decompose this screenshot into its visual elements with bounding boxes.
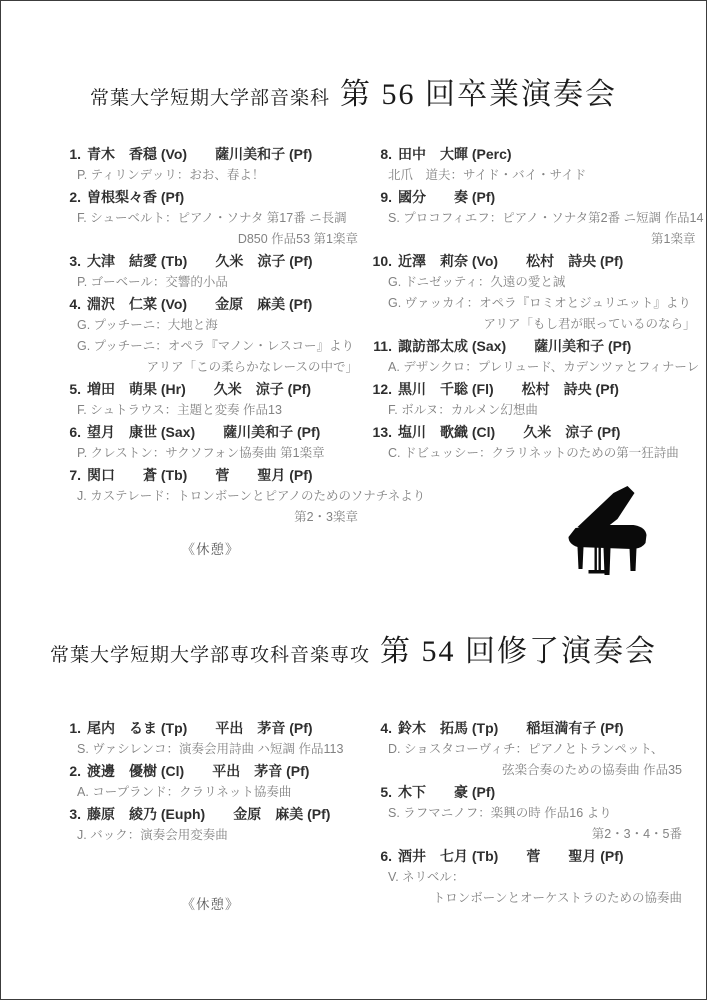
piece-line: 第2・3・4・5番 [366, 824, 690, 845]
program-item: 10.近澤 莉奈 (Vo) 松村 詩央 (Pf)G. ドニゼッティ：久遠の愛と誠… [366, 250, 703, 335]
performer-names: 黒川 千聡 (Fl) 松村 詩央 (Pf) [398, 381, 619, 397]
concert1-title-prefix: 常葉大学短期大学部音楽科 [90, 83, 330, 110]
item-number: 6. [55, 421, 81, 443]
piece-line: V. ネリベル： [366, 867, 690, 888]
item-number: 3. [55, 803, 81, 825]
performer-names: 渡邊 優樹 (Cl) 平出 茅音 (Pf) [87, 763, 309, 779]
performer-names: 関口 蒼 (Tb) 菅 聖月 (Pf) [87, 467, 313, 483]
performer-names: 田中 大暉 (Perc) [398, 146, 512, 162]
item-number: 12. [366, 378, 392, 400]
performer-line: 3.大津 結愛 (Tb) 久米 涼子 (Pf) [55, 250, 366, 272]
performer-names: 塩川 歌織 (Cl) 久米 涼子 (Pf) [398, 424, 620, 440]
program-item: 8.田中 大暉 (Perc)北爪 道夫：サイド・バイ・サイド [366, 143, 703, 186]
piece-line: 第2・3楽章 [55, 507, 366, 528]
concert2-left-column: 1.尾内 るま (Tp) 平出 茅音 (Pf)S. ヴァシレンコ：演奏会用詩曲 … [55, 717, 366, 909]
performer-names: 増田 萌果 (Hr) 久米 涼子 (Pf) [87, 381, 311, 397]
performer-line: 4.鈴木 拓馬 (Tp) 稲垣満有子 (Pf) [366, 717, 690, 739]
piece-line: P. ゴーベール：交響的小品 [55, 272, 366, 293]
concert1-program-list: 1.青木 香穏 (Vo) 薩川美和子 (Pf)P. ティリンデッリ：おお、春よ！… [55, 143, 690, 528]
item-number: 2. [55, 186, 81, 208]
performer-line: 8.田中 大暉 (Perc) [366, 143, 703, 165]
program-item: 6.酒井 七月 (Tb) 菅 聖月 (Pf)V. ネリベル：トロンボーンとオーケ… [366, 845, 690, 909]
piece-line: G. ドニゼッティ：久遠の愛と誠 [366, 272, 703, 293]
item-number: 1. [55, 717, 81, 739]
program-item: 3.大津 結愛 (Tb) 久米 涼子 (Pf)P. ゴーベール：交響的小品 [55, 250, 366, 293]
program-item: 6.望月 康世 (Sax) 薩川美和子 (Pf)P. クレストン：サクソフォン協… [55, 421, 366, 464]
item-number: 10. [366, 250, 392, 272]
performer-names: 尾内 るま (Tp) 平出 茅音 (Pf) [87, 720, 313, 736]
concert2-title-prefix: 常葉大学短期大学部専攻科音楽専攻 [50, 640, 370, 667]
program-item: 3.藤原 綾乃 (Euph) 金原 麻美 (Pf)J. バック：演奏会用変奏曲 [55, 803, 366, 846]
piece-line: G. ヴァッカイ：オペラ『ロミオとジュリエット』より [366, 293, 703, 314]
item-number: 13. [366, 421, 392, 443]
item-number: 8. [366, 143, 392, 165]
performer-line: 1.青木 香穏 (Vo) 薩川美和子 (Pf) [55, 143, 366, 165]
performer-line: 6.望月 康世 (Sax) 薩川美和子 (Pf) [55, 421, 366, 443]
program-item: 13.塩川 歌織 (Cl) 久米 涼子 (Pf)C. ドビュッシー：クラリネット… [366, 421, 703, 464]
item-number: 6. [366, 845, 392, 867]
program-item: 1.尾内 るま (Tp) 平出 茅音 (Pf)S. ヴァシレンコ：演奏会用詩曲 … [55, 717, 366, 760]
performer-names: 諏訪部太成 (Sax) 薩川美和子 (Pf) [398, 338, 631, 354]
piece-line: G. プッチーニ：オペラ『マノン・レスコー』より [55, 336, 366, 357]
piece-line: J. カステレード：トロンボーンとピアノのためのソナチネより [55, 486, 366, 507]
concert2-intermission-label: 《休憩》 [55, 893, 366, 913]
piece-line: F. ボルヌ：カルメン幻想曲 [366, 400, 703, 421]
performer-line: 6.酒井 七月 (Tb) 菅 聖月 (Pf) [366, 845, 690, 867]
program-item: 2.渡邊 優樹 (Cl) 平出 茅音 (Pf)A. コープランド：クラリネット協… [55, 760, 366, 803]
concert1-title: 常葉大学短期大学部音楽科 第 56 回卒業演奏会 [1, 69, 706, 113]
piece-line: S. ヴァシレンコ：演奏会用詩曲 ハ短調 作品113 [55, 739, 366, 760]
program-item: 11.諏訪部太成 (Sax) 薩川美和子 (Pf)A. デザンクロ：プレリュード… [366, 335, 703, 378]
piece-line: S. ラフマニノフ：楽興の時 作品16 より [366, 803, 690, 824]
item-number: 2. [55, 760, 81, 782]
performer-line: 9.國分 奏 (Pf) [366, 186, 703, 208]
piece-line: A. コープランド：クラリネット協奏曲 [55, 782, 366, 803]
performer-line: 1.尾内 るま (Tp) 平出 茅音 (Pf) [55, 717, 366, 739]
performer-names: 藤原 綾乃 (Euph) 金原 麻美 (Pf) [87, 806, 330, 822]
piece-line: J. バック：演奏会用変奏曲 [55, 825, 366, 846]
performer-names: 國分 奏 (Pf) [398, 189, 495, 205]
program-item: 5.木下 豪 (Pf)S. ラフマニノフ：楽興の時 作品16 より第2・3・4・… [366, 781, 690, 845]
item-number: 7. [55, 464, 81, 486]
item-number: 5. [366, 781, 392, 803]
concert1-title-main: 第 56 回卒業演奏会 [340, 69, 617, 113]
piece-line: 弦楽合奏のための協奏曲 作品35 [366, 760, 690, 781]
piece-line: A. デザンクロ：プレリュード、カデンツァとフィナーレ [366, 357, 703, 378]
piece-line: D. ショスタコーヴィチ：ピアノとトランペット、 [366, 739, 690, 760]
program-item: 2.曽根梨々香 (Pf)F. シューベルト：ピアノ・ソナタ 第17番 ニ長調D8… [55, 186, 366, 250]
piece-line: F. シュトラウス：主題と変奏 作品13 [55, 400, 366, 421]
performer-line: 12.黒川 千聡 (Fl) 松村 詩央 (Pf) [366, 378, 703, 400]
piece-line: S. プロコフィエフ：ピアノ・ソナタ第2番 ニ短調 作品14 [366, 208, 703, 229]
program-item: 9.國分 奏 (Pf)S. プロコフィエフ：ピアノ・ソナタ第2番 ニ短調 作品1… [366, 186, 703, 250]
concert2-right-column: 4.鈴木 拓馬 (Tp) 稲垣満有子 (Pf)D. ショスタコーヴィチ：ピアノと… [366, 717, 690, 909]
concert1-left-column: 1.青木 香穏 (Vo) 薩川美和子 (Pf)P. ティリンデッリ：おお、春よ！… [55, 143, 366, 528]
program-item: 4.淵沢 仁菜 (Vo) 金原 麻美 (Pf)G. プッチーニ：大地と海G. プ… [55, 293, 366, 378]
item-number: 3. [55, 250, 81, 272]
program-item: 7.関口 蒼 (Tb) 菅 聖月 (Pf)J. カステレード：トロンボーンとピア… [55, 464, 366, 528]
piece-line: C. ドビュッシー：クラリネットのための第一狂詩曲 [366, 443, 703, 464]
performer-names: 曽根梨々香 (Pf) [87, 189, 184, 205]
performer-line: 13.塩川 歌織 (Cl) 久米 涼子 (Pf) [366, 421, 703, 443]
performer-line: 4.淵沢 仁菜 (Vo) 金原 麻美 (Pf) [55, 293, 366, 315]
piece-line: アリア「この柔らかなレースの中で」 [55, 357, 366, 378]
item-number: 4. [366, 717, 392, 739]
piece-line: 北爪 道夫：サイド・バイ・サイド [366, 165, 703, 186]
performer-names: 望月 康世 (Sax) 薩川美和子 (Pf) [87, 424, 320, 440]
piece-line: G. プッチーニ：大地と海 [55, 315, 366, 336]
performer-names: 鈴木 拓馬 (Tp) 稲垣満有子 (Pf) [398, 720, 624, 736]
performer-line: 10.近澤 莉奈 (Vo) 松村 詩央 (Pf) [366, 250, 703, 272]
item-number: 9. [366, 186, 392, 208]
piece-line: D850 作品53 第1楽章 [55, 229, 366, 250]
concert-program-page: 常葉大学短期大学部音楽科 第 56 回卒業演奏会 1.青木 香穏 (Vo) 薩川… [0, 0, 707, 1000]
item-number: 5. [55, 378, 81, 400]
grand-piano-icon [553, 481, 658, 577]
performer-line: 2.曽根梨々香 (Pf) [55, 186, 366, 208]
item-number: 11. [366, 335, 392, 357]
program-item: 12.黒川 千聡 (Fl) 松村 詩央 (Pf)F. ボルヌ：カルメン幻想曲 [366, 378, 703, 421]
performer-line: 11.諏訪部太成 (Sax) 薩川美和子 (Pf) [366, 335, 703, 357]
program-item: 4.鈴木 拓馬 (Tp) 稲垣満有子 (Pf)D. ショスタコーヴィチ：ピアノと… [366, 717, 690, 781]
performer-names: 近澤 莉奈 (Vo) 松村 詩央 (Pf) [398, 253, 623, 269]
concert2-title-main: 第 54 回修了演奏会 [380, 626, 657, 670]
performer-line: 5.増田 萌果 (Hr) 久米 涼子 (Pf) [55, 378, 366, 400]
concert1-right-column: 8.田中 大暉 (Perc)北爪 道夫：サイド・バイ・サイド9.國分 奏 (Pf… [366, 143, 703, 528]
performer-names: 大津 結愛 (Tb) 久米 涼子 (Pf) [87, 253, 313, 269]
concert2-program-list: 1.尾内 るま (Tp) 平出 茅音 (Pf)S. ヴァシレンコ：演奏会用詩曲 … [55, 717, 690, 909]
concert1-intermission-label: 《休憩》 [55, 538, 366, 558]
piece-line: P. クレストン：サクソフォン協奏曲 第1楽章 [55, 443, 366, 464]
concert2-title: 常葉大学短期大学部専攻科音楽専攻 第 54 回修了演奏会 [1, 626, 706, 670]
piece-line: 第1楽章 [366, 229, 703, 250]
piece-line: トロンボーンとオーケストラのための協奏曲 [366, 888, 690, 909]
performer-names: 淵沢 仁菜 (Vo) 金原 麻美 (Pf) [87, 296, 312, 312]
performer-line: 2.渡邊 優樹 (Cl) 平出 茅音 (Pf) [55, 760, 366, 782]
performer-names: 木下 豪 (Pf) [398, 784, 495, 800]
program-item: 1.青木 香穏 (Vo) 薩川美和子 (Pf)P. ティリンデッリ：おお、春よ！ [55, 143, 366, 186]
performer-names: 青木 香穏 (Vo) 薩川美和子 (Pf) [87, 146, 312, 162]
performer-line: 7.関口 蒼 (Tb) 菅 聖月 (Pf) [55, 464, 366, 486]
item-number: 4. [55, 293, 81, 315]
piece-line: アリア「もし君が眠っているのなら」 [366, 314, 703, 335]
performer-line: 5.木下 豪 (Pf) [366, 781, 690, 803]
performer-names: 酒井 七月 (Tb) 菅 聖月 (Pf) [398, 848, 624, 864]
piece-line: F. シューベルト：ピアノ・ソナタ 第17番 ニ長調 [55, 208, 366, 229]
performer-line: 3.藤原 綾乃 (Euph) 金原 麻美 (Pf) [55, 803, 366, 825]
item-number: 1. [55, 143, 81, 165]
piece-line: P. ティリンデッリ：おお、春よ！ [55, 165, 366, 186]
program-item: 5.増田 萌果 (Hr) 久米 涼子 (Pf)F. シュトラウス：主題と変奏 作… [55, 378, 366, 421]
